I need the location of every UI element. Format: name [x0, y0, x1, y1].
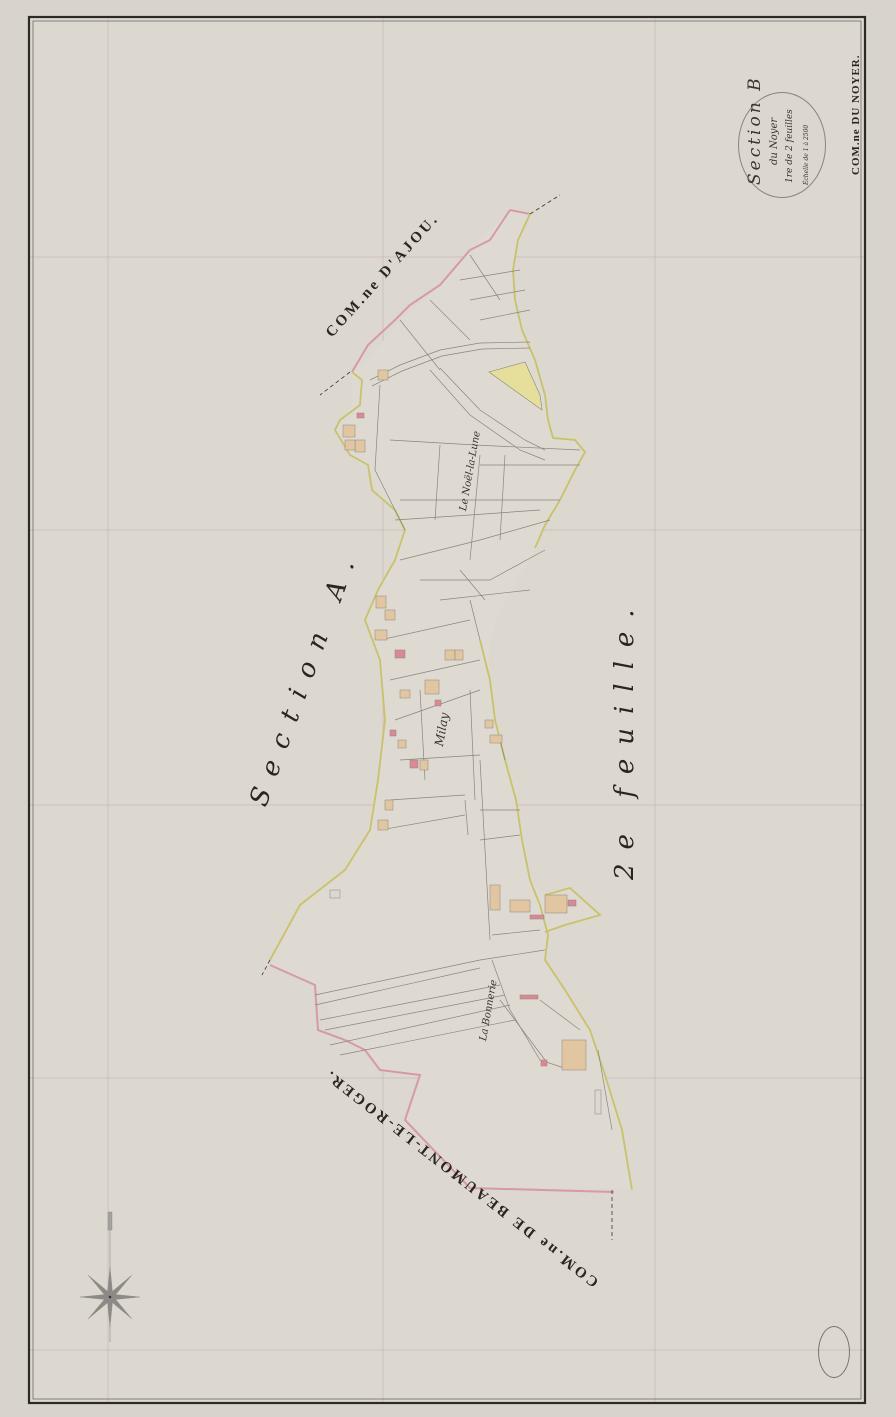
- cartouche-subtitle: du Noyer: [769, 118, 780, 165]
- label-commune-noyer: COM.ne DU NOYER.: [850, 55, 862, 176]
- archive-stamp: [818, 1326, 850, 1378]
- cartouche-sheet: 1re de 2 feuilles: [785, 109, 795, 183]
- cartouche-title: Section B: [745, 75, 765, 185]
- cartouche: Section B du Noyer 1re de 2 feuilles Éch…: [738, 92, 826, 198]
- cartouche-scale: Échelle de 1 à 2500: [803, 125, 810, 185]
- cadastral-map: [0, 0, 896, 1417]
- label-feuille: 2e feuille.: [610, 595, 640, 880]
